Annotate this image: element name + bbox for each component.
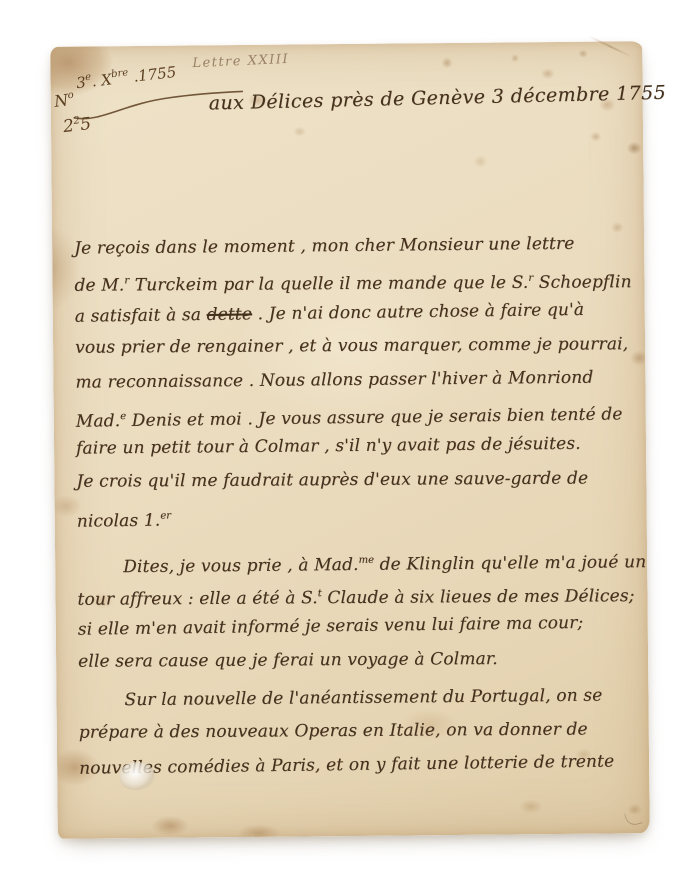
letter-line: elle sera cause que je ferai un voyage à… — [78, 642, 640, 679]
letter-line: faire un petit tour à Colmar , s'il n'y … — [76, 428, 638, 467]
letter-line: vous prier de rengainer , et à vous marq… — [75, 328, 637, 365]
archival-annotation: 3e. Xbre .1755 No 225 — [51, 52, 272, 185]
letter-line: Sur la nouvelle de l'anéantissement du P… — [78, 679, 640, 718]
dateline: aux Délices près de Genève 3 décembre 17… — [209, 82, 667, 115]
letter-page: Lettre XXIII 3e. Xbre .1755 No 225 aux D… — [50, 41, 650, 839]
paragraph: Dites, je vous prie , à Mad.me de Klingl… — [77, 541, 640, 680]
letter-line: de M.r Turckeim par la quelle il me mand… — [74, 262, 636, 299]
letter-line: si elle m'en avait informé je serais ven… — [78, 606, 640, 647]
archival-number: 225 — [62, 114, 92, 137]
letter-line: nouvelles comédies à Paris, et on y fait… — [79, 745, 641, 786]
letter-body: Je reçois dans le moment , mon cher Mons… — [74, 227, 641, 785]
letter-line: nicolas 1.er — [77, 493, 639, 534]
corner-curl-mark — [624, 810, 643, 828]
photo-background: Lettre XXIII 3e. Xbre .1755 No 225 aux D… — [0, 0, 700, 880]
letter-line: Dites, je vous prie , à Mad.me de Klingl… — [77, 541, 639, 580]
crease-mark — [588, 35, 632, 57]
letter-line: prépare à des nouveaux Operas en Italie,… — [79, 714, 641, 751]
archival-date: 3e. Xbre .1755 — [75, 62, 177, 92]
paragraph: Je reçois dans le moment , mon cher Mons… — [74, 227, 639, 533]
paragraph: Sur la nouvelle de l'anéantissement du P… — [78, 679, 641, 785]
letter-line: Je reçois dans le moment , mon cher Mons… — [74, 227, 636, 266]
